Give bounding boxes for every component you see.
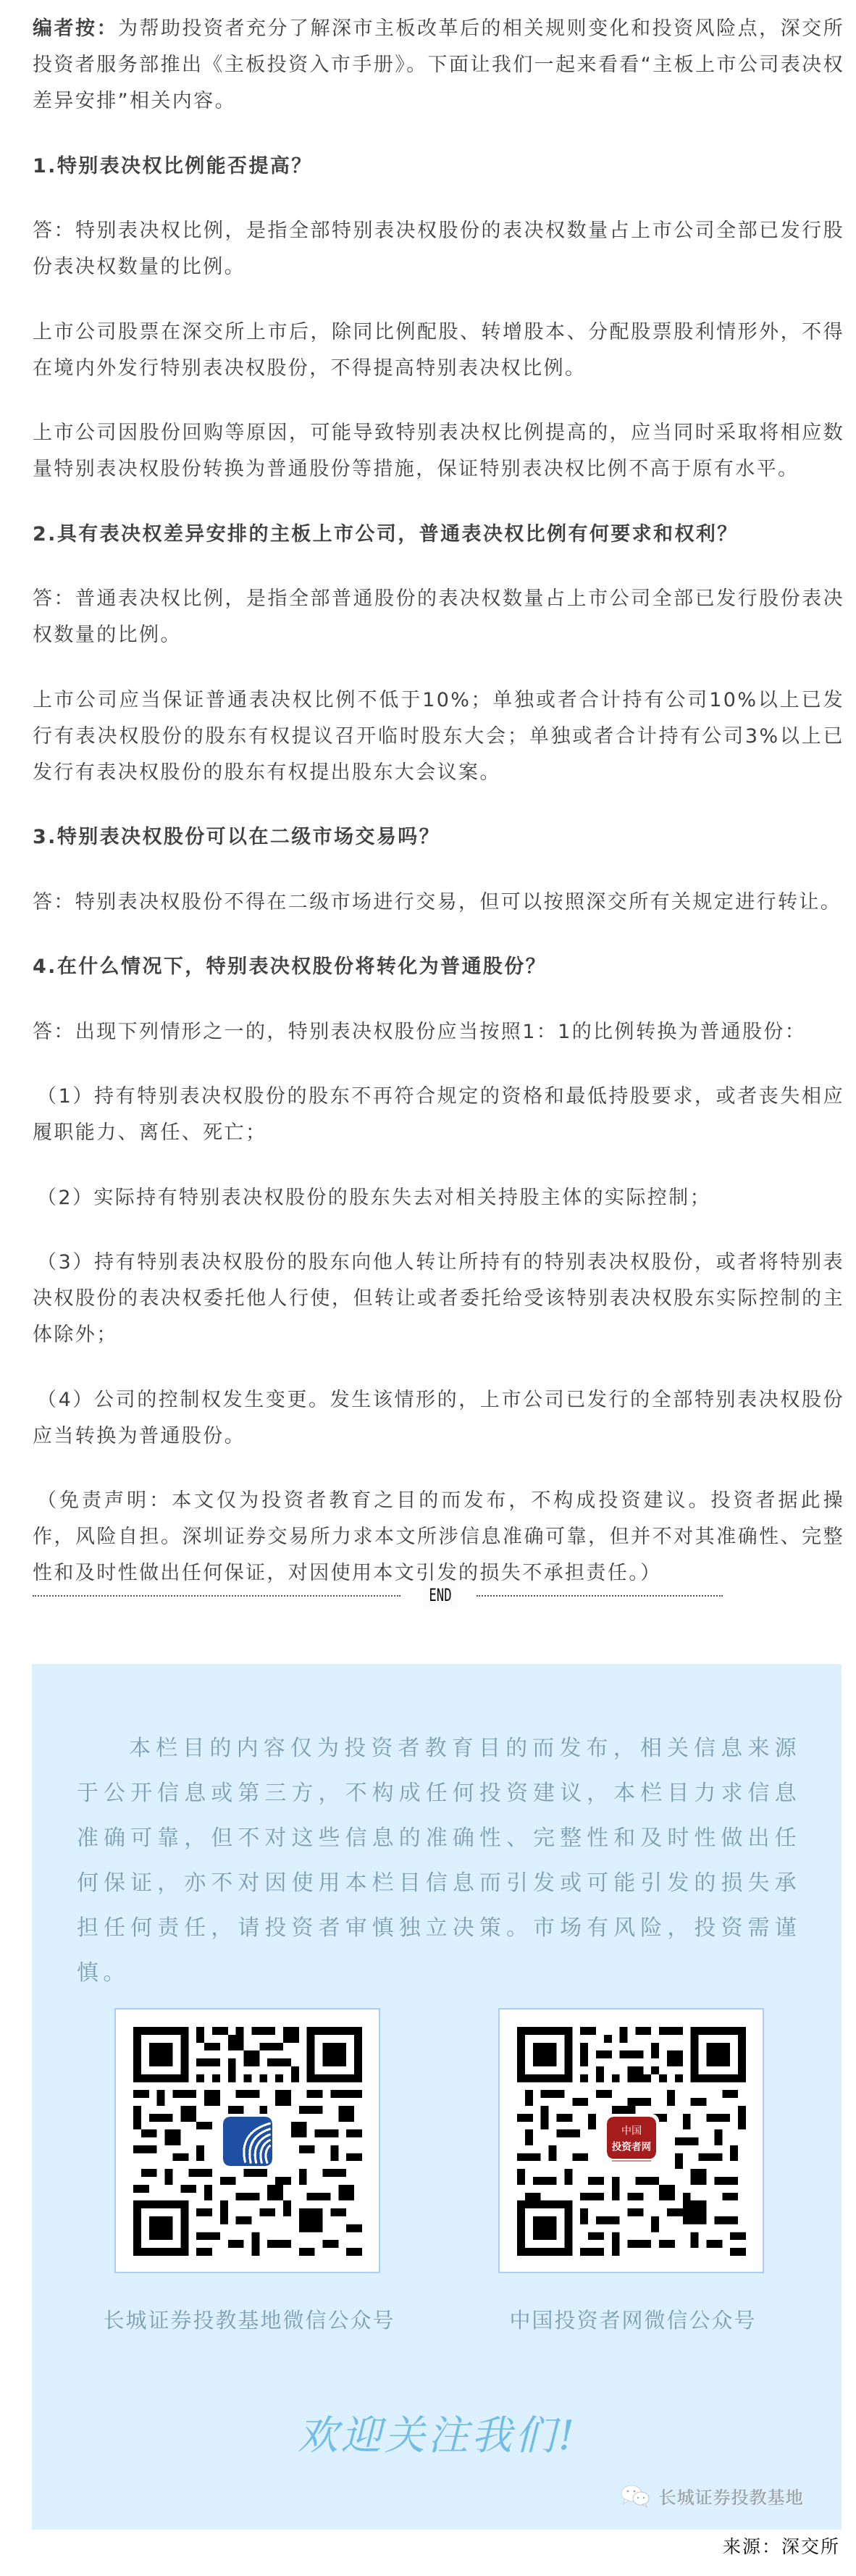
answer-2-paragraph-2: 上市公司应当保证普通表决权比例不低于10%；单独或者合计持有公司10%以上已发行… [33,682,844,791]
end-divider: END [33,1581,723,1610]
answer-1-paragraph-3: 上市公司因股份回购等原因，可能导致特别表决权比例提高的，应当同时采取将相应数量特… [33,415,844,488]
answer-2-paragraph-1: 答：普通表决权比例，是指全部普通股份的表决权数量占上市公司全部已发行股份表决权数… [33,581,844,653]
svg-text:投资者网: 投资者网 [612,2141,652,2153]
condition-1: （1）持有特别表决权股份的股东不再符合规定的资格和最低持股要求，或者丧失相应履职… [33,1079,844,1151]
qr-code-icon [133,2027,362,2256]
wechat-icon [620,2483,652,2508]
answer-1-paragraph-2: 上市公司股票在深交所上市后，除同比例配股、转增股本、分配股票股利情形外，不得在境… [33,314,844,387]
condition-3: （3）持有特别表决权股份的股东向他人转让所持有的特别表决权股份，或者将特别表决权… [33,1245,844,1353]
source-credit: 来源：深交所 [723,2534,840,2560]
qr-label-great-wall: 长城证券投教基地微信公众号 [75,2306,423,2335]
question-1-heading: 1.特别表决权比例能否提高？ [33,149,844,185]
question-4-heading: 4.在什么情况下，特别表决权股份将转化为普通股份？ [33,949,844,985]
question-3-heading: 3.特别表决权股份可以在二级市场交易吗？ [33,819,844,856]
notice-box: 本栏目的内容仅为投资者教育目的而发布，相关信息来源于公开信息或第三方，不构成任何… [32,1664,842,2530]
qr-label-china-investor: 中国投资者网微信公众号 [466,2306,800,2335]
end-label: END [422,1581,458,1610]
wechat-watermark: 长城证券投教基地 [620,2481,804,2510]
svg-text:中国: 中国 [621,2125,642,2137]
condition-2: （2）实际持有特别表决权股份的股东失去对相关持股主体的实际控制； [33,1180,844,1216]
follow-us-text: 欢迎关注我们! [278,2410,597,2462]
editor-note-lead: 编者按： [33,17,118,40]
qr-card-great-wall[interactable] [114,2008,380,2273]
answer-1-paragraph-1: 答：特别表决权比例，是指全部特别表决权股份的表决权数量占上市公司全部已发行股份表… [33,213,844,285]
end-divider-line-left [33,1595,400,1597]
disclaimer: （免责声明：本文仅为投资者教育之目的而发布，不构成投资建议。投资者据此操作，风险… [33,1483,844,1592]
editor-note: 编者按：为帮助投资者充分了解深市主板改革后的相关规则变化和投资风险点，深交所投资… [33,11,844,120]
notice-disclaimer-text: 本栏目的内容仅为投资者教育目的而发布，相关信息来源于公开信息或第三方，不构成任何… [77,1726,801,1996]
end-divider-line-right [477,1595,723,1597]
answer-3-paragraph-1: 答：特别表决权股份不得在二级市场进行交易，但可以按照深交所有关规定进行转让。 [33,885,844,921]
condition-4: （4）公司的控制权发生变更。发生该情形的，上市公司已发行的全部特别表决权股份应当… [33,1382,844,1455]
qr-card-china-investor[interactable]: 中国 投资者网 [498,2008,764,2273]
qr-code-icon: 中国 投资者网 [517,2027,746,2256]
article-body: 编者按：为帮助投资者充分了解深市主板改革后的相关规则变化和投资风险点，深交所投资… [33,11,844,1621]
answer-4-paragraph-1: 答：出现下列情形之一的，特别表决权股份应当按照1：1的比例转换为普通股份： [33,1014,844,1050]
question-2-heading: 2.具有表决权差异安排的主板上市公司，普通表决权比例有何要求和权利？ [33,517,844,553]
watermark-text: 长城证券投教基地 [659,2483,804,2509]
editor-note-text: 为帮助投资者充分了解深市主板改革后的相关规则变化和投资风险点，深交所投资者服务部… [33,17,844,112]
